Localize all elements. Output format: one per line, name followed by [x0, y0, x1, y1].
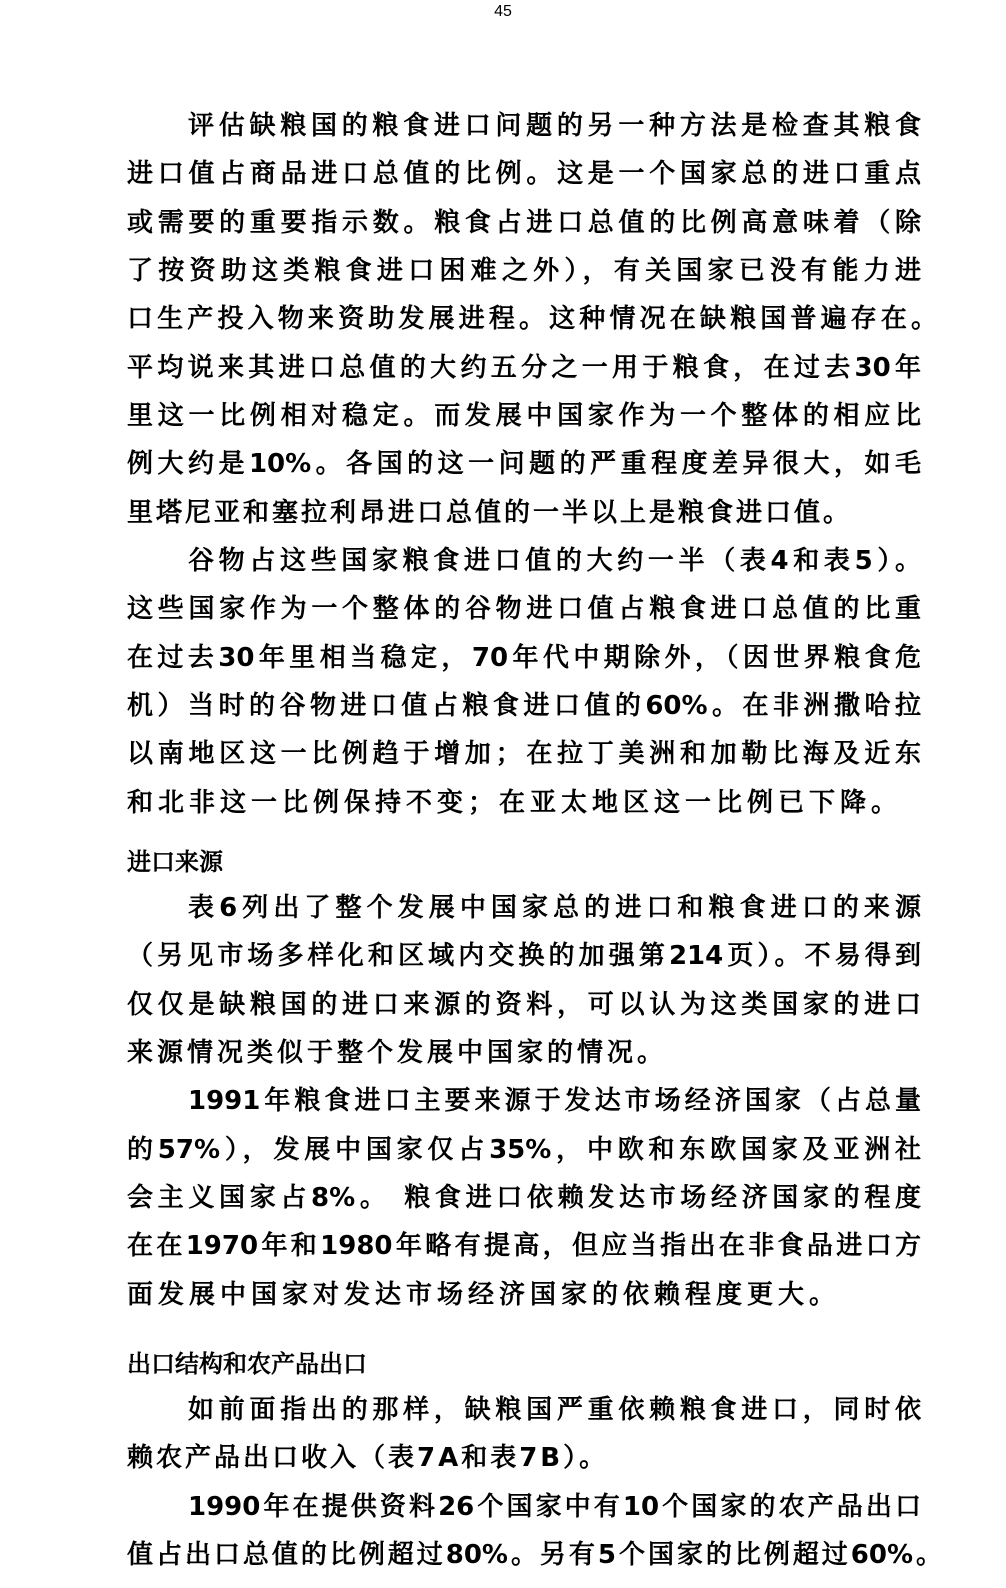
text-line: 会主义国家占8%。 粮食进口依赖发达市场经济国家的程度 — [127, 1178, 921, 1218]
text-line: 的57%），发展中国家仅占35%，中欧和东欧国家及亚洲社 — [127, 1130, 921, 1170]
text-line: 例大约是10%。各国的这一问题的严重程度差异很大，如毛 — [127, 444, 921, 484]
text-line: 或需要的重要指示数。粮食占进口总值的比例高意味着（除 — [127, 203, 921, 243]
text-line: 评估缺粮国的粮食进口问题的另一种方法是检查其粮食 — [188, 106, 921, 146]
section-heading: 进口来源 — [127, 842, 223, 882]
text-line: 1991年粮食进口主要来源于发达市场经济国家（占总量 — [188, 1081, 921, 1121]
text-line: 面发展中国家对发达市场经济国家的依赖程度更大。 — [127, 1275, 921, 1315]
text-line: 平均说来其进口总值的大约五分之一用于粮食，在过去30年 — [127, 348, 921, 388]
text-line: （另见市场多样化和区域内交换的加强第214页）。不易得到 — [127, 936, 921, 976]
text-line: 了按资助这类粮食进口困难之外），有关国家已没有能力进 — [127, 251, 921, 291]
text-line: 里这一比例相对稳定。而发展中国家作为一个整体的相应比 — [127, 396, 921, 436]
text-line: 在过去30年里相当稳定，70年代中期除外，（因世界粮食危 — [127, 638, 921, 678]
text-line: 来源情况类似于整个发展中国家的情况。 — [127, 1033, 921, 1073]
text-line: 表6列出了整个发展中国家总的进口和粮食进口的来源 — [188, 888, 921, 928]
section-heading: 出口结构和农产品出口 — [127, 1344, 367, 1384]
page-number: 45 — [0, 3, 1006, 21]
text-line: 进口值占商品进口总值的比例。这是一个国家总的进口重点 — [127, 154, 921, 194]
text-line: 如前面指出的那样，缺粮国严重依赖粮食进口，同时依 — [188, 1390, 921, 1430]
text-line: 1990年在提供资料26个国家中有10个国家的农产品出口 — [188, 1487, 921, 1527]
text-line: 谷物占这些国家粮食进口值的大约一半（表4和表5）。 — [188, 541, 921, 581]
text-line: 赖农产品出口收入（表7A和表7B）。 — [127, 1438, 921, 1478]
text-line: 机）当时的谷物进口值占粮食进口值的60%。在非洲撒哈拉 — [127, 686, 921, 726]
text-line: 在在1970年和1980年略有提高，但应当指出在非食品进口方 — [127, 1226, 921, 1266]
text-line: 口生产投入物来资助发展进程。这种情况在缺粮国普遍存在。 — [127, 299, 937, 339]
text-line: 里塔尼亚和塞拉利昂进口总值的一半以上是粮食进口值。 — [127, 493, 921, 533]
text-line: 这些国家作为一个整体的谷物进口值占粮食进口总值的比重 — [127, 589, 921, 629]
text-line: 以南地区这一比例趋于增加；在拉丁美洲和加勒比海及近东 — [127, 734, 921, 774]
text-line: 值占出口总值的比例超过80%。另有5个国家的比例超过60%。 — [127, 1535, 942, 1575]
text-line: 仅仅是缺粮国的进口来源的资料，可以认为这类国家的进口 — [127, 985, 921, 1025]
text-line: 和北非这一比例保持不变；在亚太地区这一比例已下降。 — [127, 783, 921, 823]
